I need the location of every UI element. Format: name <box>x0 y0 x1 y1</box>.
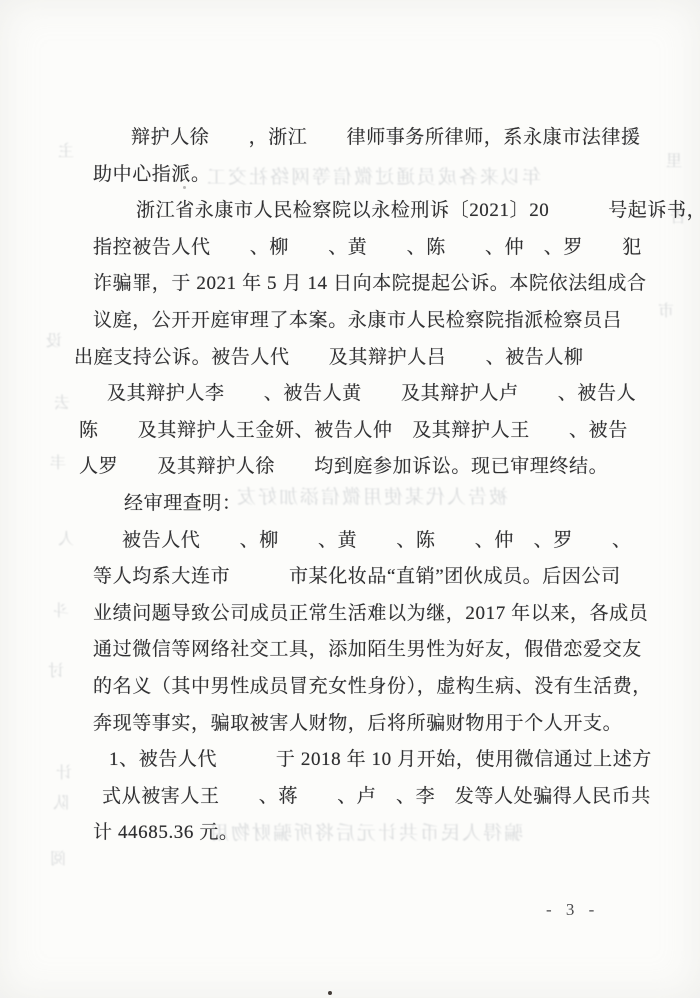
text-line: 人罗 及其辩护人徐 均到庭参加诉讼。现已审理终结。 <box>79 449 700 486</box>
text-line: 计 44685.36 元。 <box>93 815 700 852</box>
text-line: 陈 及其辩护人王金妍、被告人仲 及其辩护人王 、被告 <box>79 413 700 450</box>
scan-speck <box>183 186 186 189</box>
text-line: 议庭，公开开庭审理了本案。永康市人民检察院指派检察员吕 <box>93 303 700 340</box>
scanned-judgment-page: 年以来各成员通过微信等网络社交工 被告人代某使用微信添加好友 骗得人民币共计元后… <box>0 0 700 998</box>
text-line: 出庭支持公诉。被告人代 及其辩护人吕 、被告人柳 <box>74 340 700 377</box>
page-number: - 3 - <box>546 900 599 920</box>
text-line: 辩护人徐 ，浙江 律师事务所律师，系永康市法律援 <box>131 120 700 157</box>
text-line: 奔现等事实，骗取被害人财物，后将所骗财物用于个人开支。 <box>93 706 700 743</box>
text-line: 业绩问题导致公司成员正常生活难以为继，2017 年以来，各成员 <box>93 596 700 633</box>
text-line: 式从被害人王 、蒋 、卢 、李 发等人处骗得人民币共 <box>102 779 700 816</box>
text-line: 等人均系大连市 市某化妆品“直销”团伙成员。后因公司 <box>93 559 700 596</box>
document-body: 辩护人徐 ，浙江 律师事务所律师，系永康市法律援 助中心指派。 浙江省永康市人民… <box>0 120 700 852</box>
text-line: 浙江省永康市人民检察院以永检刑诉〔2021〕20 号起诉书， <box>136 193 700 230</box>
text-line: 通过微信等网络社交工具，添加陌生男性为好友，假借恋爱交友 <box>93 632 700 669</box>
text-line: 经审理查明： <box>124 486 700 523</box>
text-line: 及其辩护人李 、被告人黄 及其辩护人卢 、被告人 <box>107 376 700 413</box>
text-line: 1、被告人代 于 2018 年 10 月开始，使用微信通过上述方 <box>109 742 700 779</box>
text-line: 诈骗罪，于 2021 年 5 月 14 日向本院提起公诉。本院依法组成合 <box>93 266 700 303</box>
text-line: 指控被告人代 、柳 、黄 、陈 、仲 、罗 犯 <box>93 230 700 267</box>
scan-speck <box>328 991 332 995</box>
text-line: 的名义（其中男性成员冒充女性身份），虚构生病、没有生活费， <box>93 669 700 706</box>
text-line: 被告人代 、柳 、黄 、陈 、仲 、罗 、 <box>122 523 700 560</box>
